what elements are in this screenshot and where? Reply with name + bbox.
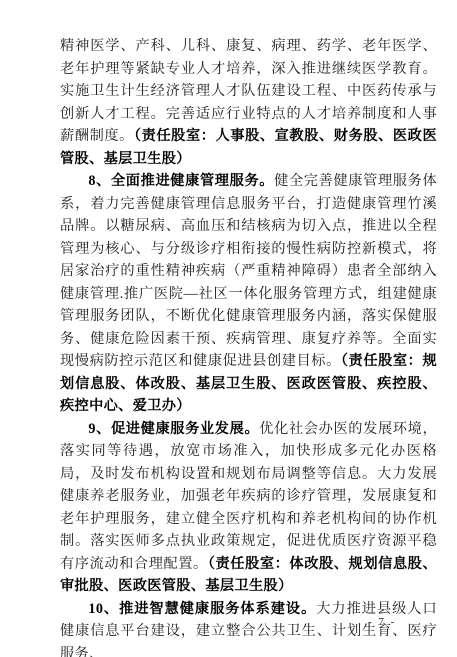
text-run: 健全完善健康管理服务体系，着力完善健康管理信息服务平台，打造健康管理竹溪品牌。以… (60, 173, 437, 369)
document-body: 精神医学、产科、儿科、康复、病理、药学、老年医学、老年护理等紧缺专业人才培养，深… (60, 35, 437, 657)
text-run: 9、促进健康服务业发展。 (88, 421, 259, 437)
document-page: 精神医学、产科、儿科、康复、病理、药学、老年医学、老年护理等紧缺专业人才培养，深… (0, 0, 457, 657)
paragraph-item-9-health-service-industry: 9、促进健康服务业发展。优化社会办医的发展环境，落实同等待遇，放宽市场准入，加快… (60, 418, 437, 598)
page-number: - 7 - (368, 616, 396, 628)
paragraph-talent-training-continuation: 精神医学、产科、儿科、康复、病理、药学、老年医学、老年护理等紧缺专业人才培养，深… (60, 35, 437, 170)
paragraph-item-8-health-management-services: 8、全面推进健康管理服务。健全完善健康管理服务体系，着力完善健康管理信息服务平台… (60, 170, 437, 418)
text-run: 10、推进智慧健康服务体系建设。 (88, 601, 316, 617)
text-run: 优化社会办医的发展环境，落实同等待遇，放宽市场准入，加快形成多元化办医格局，及时… (60, 421, 437, 572)
text-run: 8、全面推进健康管理服务。 (88, 173, 274, 189)
